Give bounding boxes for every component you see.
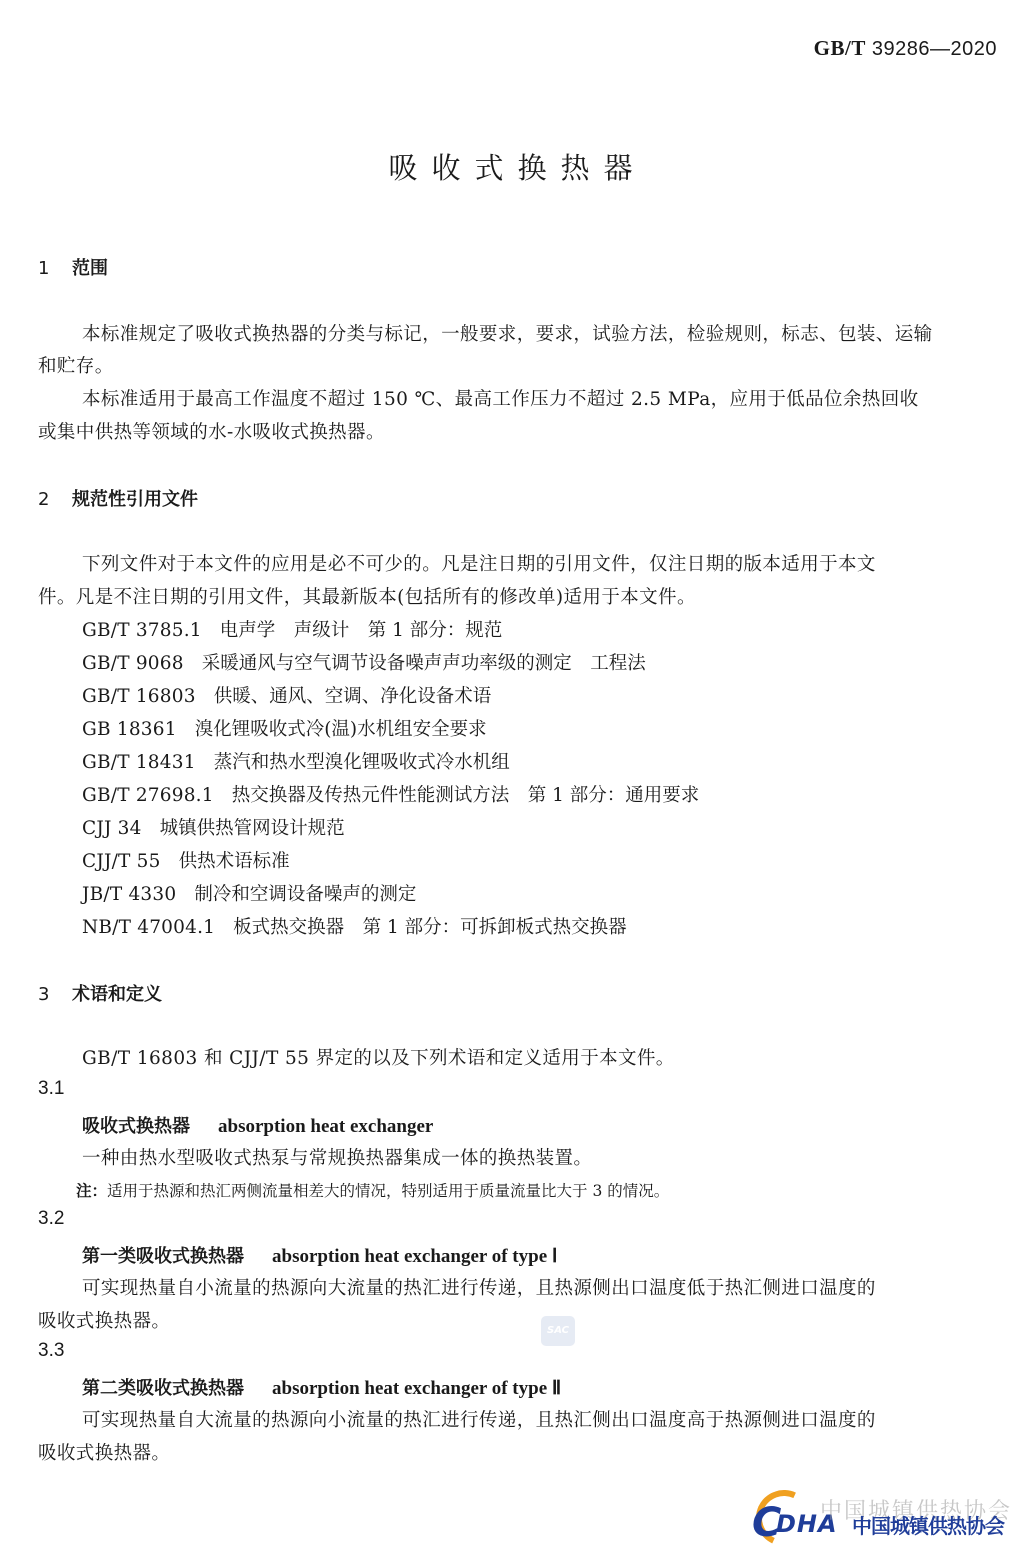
section-heading-scope: 1范围: [38, 254, 108, 280]
reference-code: CJJ 34: [82, 818, 142, 839]
section-number: 2: [38, 489, 72, 510]
standard-number: GB/T 39286—2020: [814, 36, 997, 61]
clause-number: 3.3: [38, 1340, 64, 1362]
term-cn: 第一类吸收式换热器: [82, 1246, 244, 1267]
reference-item: CJJ/T 55供热术语标准: [82, 847, 290, 873]
reference-item: GB/T 3785.1电声学 声级计 第 1 部分：规范: [82, 616, 502, 642]
reference-item: GB/T 9068采暖通风与空气调节设备噪声声功率级的测定 工程法: [82, 649, 646, 675]
term-heading: 第二类吸收式换热器absorption heat exchanger of ty…: [82, 1374, 561, 1400]
section-title: 术语和定义: [72, 984, 162, 1005]
standard-code: 39286—2020: [872, 38, 997, 60]
reference-title: 电声学 声级计 第 1 部分：规范: [220, 620, 503, 641]
term-en: absorption heat exchanger: [218, 1116, 433, 1137]
standard-prefix: GB/T: [814, 36, 866, 60]
term-definition: 一种由热水型吸收式热泵与常规换热器集成一体的换热装置。: [82, 1144, 592, 1170]
section-title: 范围: [72, 258, 108, 279]
clause-number: 3.2: [38, 1208, 64, 1230]
term-heading: 第一类吸收式换热器absorption heat exchanger of ty…: [82, 1242, 558, 1268]
reference-title: 热交换器及传热元件性能测试方法 第 1 部分：通用要求: [232, 785, 700, 806]
reference-code: NB/T 47004.1: [82, 917, 215, 938]
scope-para2-line2: 或集中供热等领域的水-水吸收式换热器。: [38, 418, 385, 444]
term-cn: 第二类吸收式换热器: [82, 1378, 244, 1399]
reference-title: 供热术语标准: [179, 851, 290, 872]
reference-code: CJJ/T 55: [82, 851, 161, 872]
scope-para2-line1: 本标准适用于最高工作温度不超过 150 ℃、最高工作压力不超过 2.5 MPa，…: [82, 385, 919, 411]
refs-intro-line1: 下列文件对于本文件的应用是必不可少的。凡是注日期的引用文件，仅注日期的版本适用于…: [82, 550, 876, 576]
section-heading-terms: 3术语和定义: [38, 980, 162, 1006]
reference-item: GB 18361溴化锂吸收式冷(温)水机组安全要求: [82, 715, 487, 741]
reference-title: 供暖、通风、空调、净化设备术语: [214, 686, 492, 707]
reference-item: NB/T 47004.1板式热交换器 第 1 部分：可拆卸板式热交换器: [82, 913, 627, 939]
term-cn: 吸收式换热器: [82, 1116, 190, 1137]
section-heading-normative-refs: 2规范性引用文件: [38, 485, 198, 511]
reference-code: GB/T 3785.1: [82, 620, 202, 641]
term-heading: 吸收式换热器absorption heat exchanger: [82, 1112, 433, 1138]
sac-watermark: SAC: [541, 1316, 575, 1346]
reference-code: JB/T 4330: [82, 884, 176, 905]
scope-para1-line1: 本标准规定了吸收式换热器的分类与标记，一般要求，要求，试验方法，检验规则，标志、…: [82, 320, 933, 346]
reference-item: GB/T 18431蒸汽和热水型溴化锂吸收式冷水机组: [82, 748, 510, 774]
reference-title: 蒸汽和热水型溴化锂吸收式冷水机组: [214, 752, 510, 773]
term-en: absorption heat exchanger of type Ⅰ: [272, 1246, 558, 1267]
reference-title: 溴化锂吸收式冷(温)水机组安全要求: [195, 719, 487, 740]
terms-intro: GB/T 16803 和 CJJ/T 55 界定的以及下列术语和定义适用于本文件…: [82, 1044, 675, 1070]
term-definition-line2: 吸收式换热器。: [38, 1439, 170, 1465]
reference-code: GB/T 18431: [82, 752, 196, 773]
reference-code: GB/T 16803: [82, 686, 196, 707]
note-text: 适用于热源和热汇两侧流量相差大的情况，特别适用于质量流量比大于 3 的情况。: [107, 1182, 669, 1200]
term-definition-line1: 可实现热量自大流量的热源向小流量的热汇进行传递，且热汇侧出口温度高于热源侧进口温…: [82, 1406, 876, 1432]
cdha-logo: C DHA 中国城镇供热协会 中国城镇供热协会: [752, 1488, 1032, 1548]
reference-item: GB/T 27698.1热交换器及传热元件性能测试方法 第 1 部分：通用要求: [82, 781, 699, 807]
reference-code: GB/T 27698.1: [82, 785, 214, 806]
refs-intro-line2: 件。凡是不注日期的引用文件，其最新版本(包括所有的修改单)适用于本文件。: [38, 583, 696, 609]
reference-title: 板式热交换器 第 1 部分：可拆卸板式热交换器: [233, 917, 627, 938]
reference-code: GB 18361: [82, 719, 177, 740]
section-number: 3: [38, 984, 72, 1005]
section-title: 规范性引用文件: [72, 489, 198, 510]
term-definition-line2: 吸收式换热器。: [38, 1307, 170, 1333]
clause-number: 3.1: [38, 1078, 64, 1100]
reference-item: CJJ 34城镇供热管网设计规范: [82, 814, 345, 840]
reference-item: GB/T 16803供暖、通风、空调、净化设备术语: [82, 682, 491, 708]
reference-title: 城镇供热管网设计规范: [160, 818, 345, 839]
document-title: 吸收式换热器: [0, 146, 1035, 187]
logo-org-name: 中国城镇供热协会: [852, 1510, 1004, 1539]
section-number: 1: [38, 258, 72, 279]
term-note: 注：适用于热源和热汇两侧流量相差大的情况，特别适用于质量流量比大于 3 的情况。: [76, 1179, 669, 1201]
reference-title: 制冷和空调设备噪声的测定: [194, 884, 416, 905]
reference-code: GB/T 9068: [82, 653, 184, 674]
term-definition-line1: 可实现热量自小流量的热源向大流量的热汇进行传递，且热源侧出口温度低于热汇侧进口温…: [82, 1274, 876, 1300]
reference-item: JB/T 4330制冷和空调设备噪声的测定: [82, 880, 416, 906]
reference-title: 采暖通风与空气调节设备噪声声功率级的测定 工程法: [202, 653, 646, 674]
note-label: 注：: [76, 1182, 107, 1200]
term-en: absorption heat exchanger of type Ⅱ: [272, 1378, 561, 1399]
scope-para1-line2: 和贮存。: [38, 352, 114, 378]
